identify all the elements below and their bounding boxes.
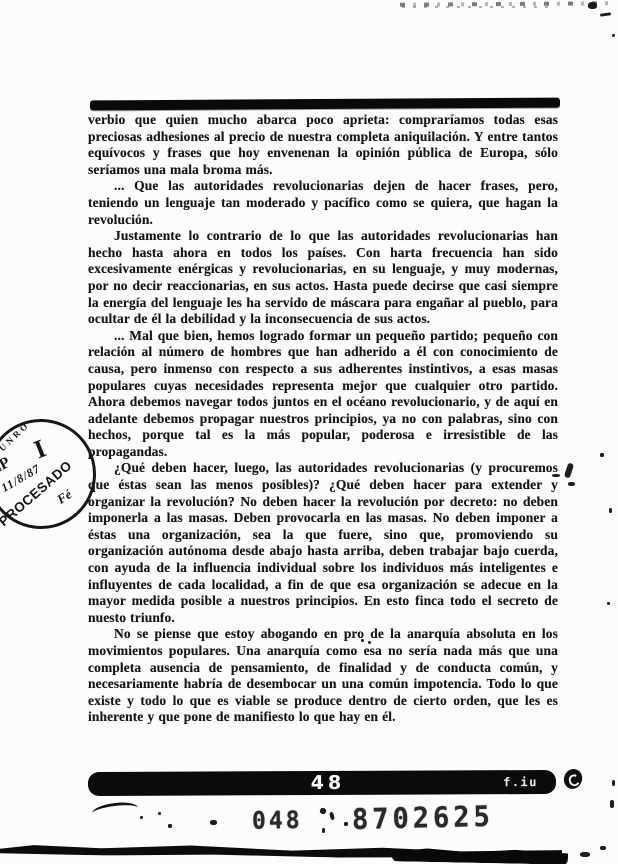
ink-speck (610, 800, 614, 808)
ink-speck (552, 474, 560, 477)
ink-speck (319, 807, 327, 815)
body-text-column: verbio que quien mucho abarca poco aprie… (88, 112, 558, 726)
stamp-roman-numeral: I (30, 434, 51, 466)
stamp-arc-text: UNRO (0, 419, 32, 453)
ink-speck (607, 602, 610, 605)
ink-speck (588, 2, 597, 9)
ink-speck (210, 820, 217, 825)
ink-speck (568, 482, 575, 486)
ink-speck (564, 462, 574, 478)
footer-right-label: f.iu (503, 775, 538, 789)
ink-speck (609, 508, 612, 513)
footer-page-bar: 48 f.iu (88, 770, 556, 796)
paragraph: No se piense que estoy abogando en pro d… (88, 626, 558, 726)
stamped-code-left: 048 (252, 807, 303, 835)
top-rule-bar (90, 98, 560, 111)
ink-speck (580, 852, 590, 857)
ink-speck (600, 453, 604, 457)
stamp-signature: Fé (54, 486, 75, 507)
stamped-code-right: 8702625 (352, 801, 494, 837)
paragraph: ... Que las autoridades revolucionarias … (88, 178, 558, 228)
ink-speck (168, 824, 172, 828)
paragraph: ¿Qué deben hacer, luego, las autoridades… (88, 460, 558, 626)
ink-scribble-mark (562, 767, 584, 790)
scan-noise-band (402, 6, 552, 8)
scan-edge-band (392, 846, 568, 864)
page-number: 48 (298, 771, 358, 795)
ink-speck (361, 639, 364, 642)
paragraph: verbio que quien mucho abarca poco aprie… (88, 112, 558, 178)
ink-speck (612, 34, 615, 37)
scanned-document-page: verbio que quien mucho abarca poco aprie… (0, 0, 618, 864)
ink-speck (600, 12, 611, 17)
ink-speck (329, 812, 335, 821)
ink-speck (322, 828, 325, 833)
ink-speck (612, 780, 615, 786)
ink-speck (368, 641, 371, 644)
ink-speck (140, 816, 143, 819)
pen-dash-mark (91, 800, 138, 820)
paragraph: ... Mal que bien, hemos logrado formar u… (88, 328, 558, 461)
ink-speck (158, 812, 161, 815)
ink-speck (600, 846, 606, 850)
paragraph: Justamente lo contrario de lo que las au… (88, 228, 558, 328)
ink-speck (344, 822, 348, 826)
